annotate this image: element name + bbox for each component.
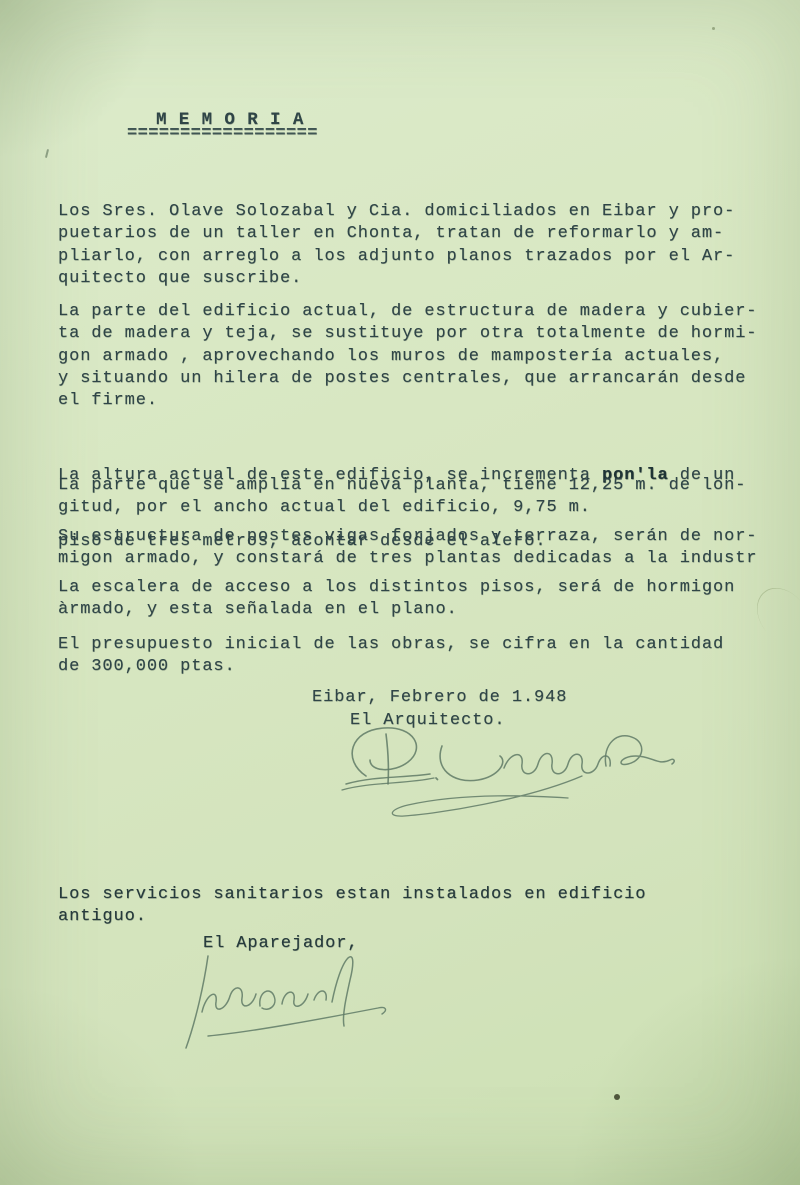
text-line: La escalera de acceso a los distintos pi… xyxy=(58,577,735,599)
text-line: Los servicios sanitarios estan instalado… xyxy=(58,884,646,906)
aparejador-signature xyxy=(156,948,456,1053)
paper-speck xyxy=(614,1094,620,1100)
text-line: àrmado, y esta señalada en el plano. xyxy=(58,599,735,621)
paragraph-1: Los Sres. Olave Solozabal y Cia. domicil… xyxy=(58,201,735,290)
text-line: La parte del edificio actual, de estruct… xyxy=(58,301,757,323)
text-line: antiguo. xyxy=(58,906,646,928)
text-line: el firme. xyxy=(58,390,757,412)
sanitary-note: Los servicios sanitarios estan instalado… xyxy=(58,884,646,929)
text-line: Los Sres. Olave Solozabal y Cia. domicil… xyxy=(58,201,735,223)
text-line: gitud, por el ancho actual del edificio,… xyxy=(58,497,746,519)
text-line: y situando un hilera de postes centrales… xyxy=(58,368,757,390)
text-line: migon armado, y constará de tres plantas… xyxy=(58,548,757,570)
text-line: puetarios de un taller en Chonta, tratan… xyxy=(58,223,735,245)
paper-mark xyxy=(45,149,49,158)
paper-crease xyxy=(746,578,800,634)
scanned-memo-page: M E M O R I A ================== Los Sre… xyxy=(0,0,800,1185)
paragraph-7: El presupuesto inicial de las obras, se … xyxy=(58,634,724,679)
paragraph-5: Su estructura de postes vigas forjados y… xyxy=(58,526,757,571)
text-line: gon armado , aprovechando los muros de m… xyxy=(58,346,757,368)
paragraph-2: La parte del edificio actual, de estruct… xyxy=(58,301,757,412)
architect-signature xyxy=(246,716,686,841)
text-line: El presupuesto inicial de las obras, se … xyxy=(58,634,724,656)
text-line: quitecto que suscribe. xyxy=(58,268,735,290)
paragraph-6: La escalera de acceso a los distintos pi… xyxy=(58,577,735,622)
paper-speck xyxy=(712,27,715,30)
text-line: ta de madera y teja, se sustituye por ot… xyxy=(58,323,757,345)
date-line: Eibar, Febrero de 1.948 xyxy=(312,687,567,709)
text-line: La parte que se amplia en nueva planta, … xyxy=(58,475,746,497)
title-underline: ================== xyxy=(127,123,318,145)
paragraph-4: La parte que se amplia en nueva planta, … xyxy=(58,475,746,520)
text-line: de 300,000 ptas. xyxy=(58,656,724,678)
text-line: Su estructura de postes vigas forjados y… xyxy=(58,526,757,548)
text-line: pliarlo, con arreglo a los adjunto plano… xyxy=(58,246,735,268)
